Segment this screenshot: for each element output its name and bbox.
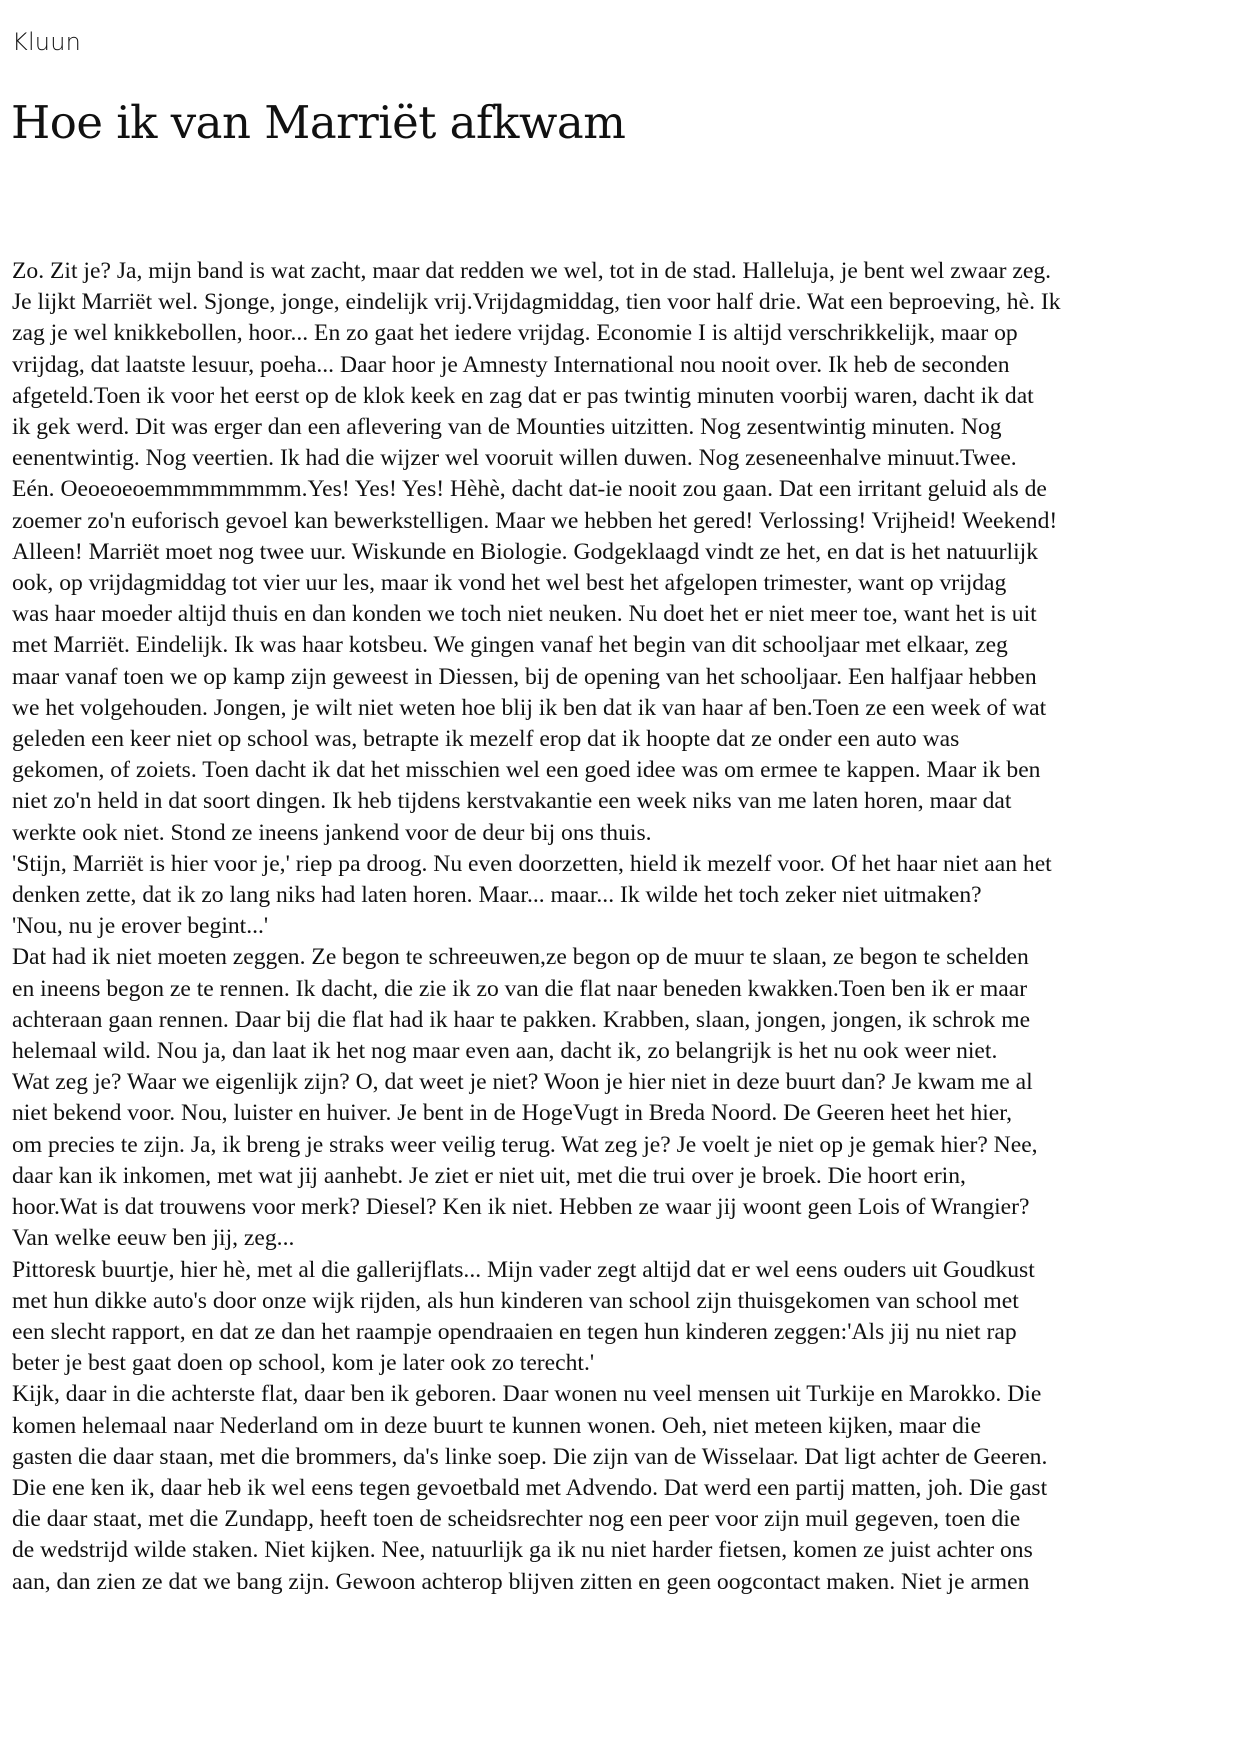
text-line: ik gek werd. Dit was erger dan een aflev… bbox=[12, 412, 1232, 443]
text-line: vrijdag, dat laatste lesuur, poeha... Da… bbox=[12, 350, 1232, 381]
text-line: gekomen, of zoiets. Toen dacht ik dat he… bbox=[12, 755, 1232, 786]
text-line: afgeteld.Toen ik voor het eerst op de kl… bbox=[12, 381, 1232, 412]
text-line: eenentwintig. Nog veertien. Ik had die w… bbox=[12, 443, 1232, 474]
text-line: denken zette, dat ik zo lang niks had la… bbox=[12, 880, 1232, 911]
document-title: Hoe ik van Marriët afkwam bbox=[11, 96, 625, 149]
text-line: geleden een keer niet op school was, bet… bbox=[12, 724, 1232, 755]
text-line: was haar moeder altijd thuis en dan kond… bbox=[12, 599, 1232, 630]
text-line: aan, dan zien ze dat we bang zijn. Gewoo… bbox=[12, 1567, 1232, 1598]
text-line: een slecht rapport, en dat ze dan het ra… bbox=[12, 1317, 1232, 1348]
text-line: Wat zeg je? Waar we eigenlijk zijn? O, d… bbox=[12, 1067, 1232, 1098]
text-line: Je lijkt Marriët wel. Sjonge, jonge, ein… bbox=[12, 287, 1232, 318]
text-line: Eén. Oeoeoeoemmmmmmmm.Yes! Yes! Yes! Hèh… bbox=[12, 474, 1232, 505]
text-line: achteraan gaan rennen. Daar bij die flat… bbox=[12, 1005, 1232, 1036]
text-line: Dat had ik niet moeten zeggen. Ze begon … bbox=[12, 942, 1232, 973]
text-line: met hun dikke auto's door onze wijk rijd… bbox=[12, 1286, 1232, 1317]
text-line: die daar staat, met die Zundapp, heeft t… bbox=[12, 1504, 1232, 1535]
text-line: daar kan ik inkomen, met wat jij aanhebt… bbox=[12, 1161, 1232, 1192]
text-line: de wedstrijd wilde staken. Niet kijken. … bbox=[12, 1535, 1232, 1566]
text-line: 'Stijn, Marriët is hier voor je,' riep p… bbox=[12, 849, 1232, 880]
text-line: maar vanaf toen we op kamp zijn geweest … bbox=[12, 662, 1232, 693]
text-line: Die ene ken ik, daar heb ik wel eens teg… bbox=[12, 1473, 1232, 1504]
text-line: ook, op vrijdagmiddag tot vier uur les, … bbox=[12, 568, 1232, 599]
text-line: 'Nou, nu je erover begint...' bbox=[12, 911, 1232, 942]
text-line: niet zo'n held in dat soort dingen. Ik h… bbox=[12, 786, 1232, 817]
text-line: komen helemaal naar Nederland om in deze… bbox=[12, 1411, 1232, 1442]
text-line: hoor.Wat is dat trouwens voor merk? Dies… bbox=[12, 1192, 1232, 1223]
text-line: werkte ook niet. Stond ze ineens jankend… bbox=[12, 818, 1232, 849]
text-line: zag je wel knikkebollen, hoor... En zo g… bbox=[12, 318, 1232, 349]
text-line: met Marriët. Eindelijk. Ik was haar kots… bbox=[12, 630, 1232, 661]
text-line: en ineens begon ze te rennen. Ik dacht, … bbox=[12, 974, 1232, 1005]
text-line: om precies te zijn. Ja, ik breng je stra… bbox=[12, 1130, 1232, 1161]
text-line: Alleen! Marriët moet nog twee uur. Wisku… bbox=[12, 537, 1232, 568]
author-name: Kluun bbox=[12, 28, 81, 56]
text-line: niet bekend voor. Nou, luister en huiver… bbox=[12, 1098, 1232, 1129]
text-line: gasten die daar staan, met die brommers,… bbox=[12, 1442, 1232, 1473]
text-line: Van welke eeuw ben jij, zeg... bbox=[12, 1223, 1232, 1254]
body-text: Zo. Zit je? Ja, mijn band is wat zacht, … bbox=[12, 256, 1232, 1598]
text-line: zoemer zo'n euforisch gevoel kan bewerks… bbox=[12, 506, 1232, 537]
text-line: helemaal wild. Nou ja, dan laat ik het n… bbox=[12, 1036, 1232, 1067]
text-line: Kijk, daar in die achterste flat, daar b… bbox=[12, 1379, 1232, 1410]
text-line: beter je best gaat doen op school, kom j… bbox=[12, 1348, 1232, 1379]
text-line: we het volgehouden. Jongen, je wilt niet… bbox=[12, 693, 1232, 724]
text-line: Pittoresk buurtje, hier hè, met al die g… bbox=[12, 1255, 1232, 1286]
text-line: Zo. Zit je? Ja, mijn band is wat zacht, … bbox=[12, 256, 1232, 287]
